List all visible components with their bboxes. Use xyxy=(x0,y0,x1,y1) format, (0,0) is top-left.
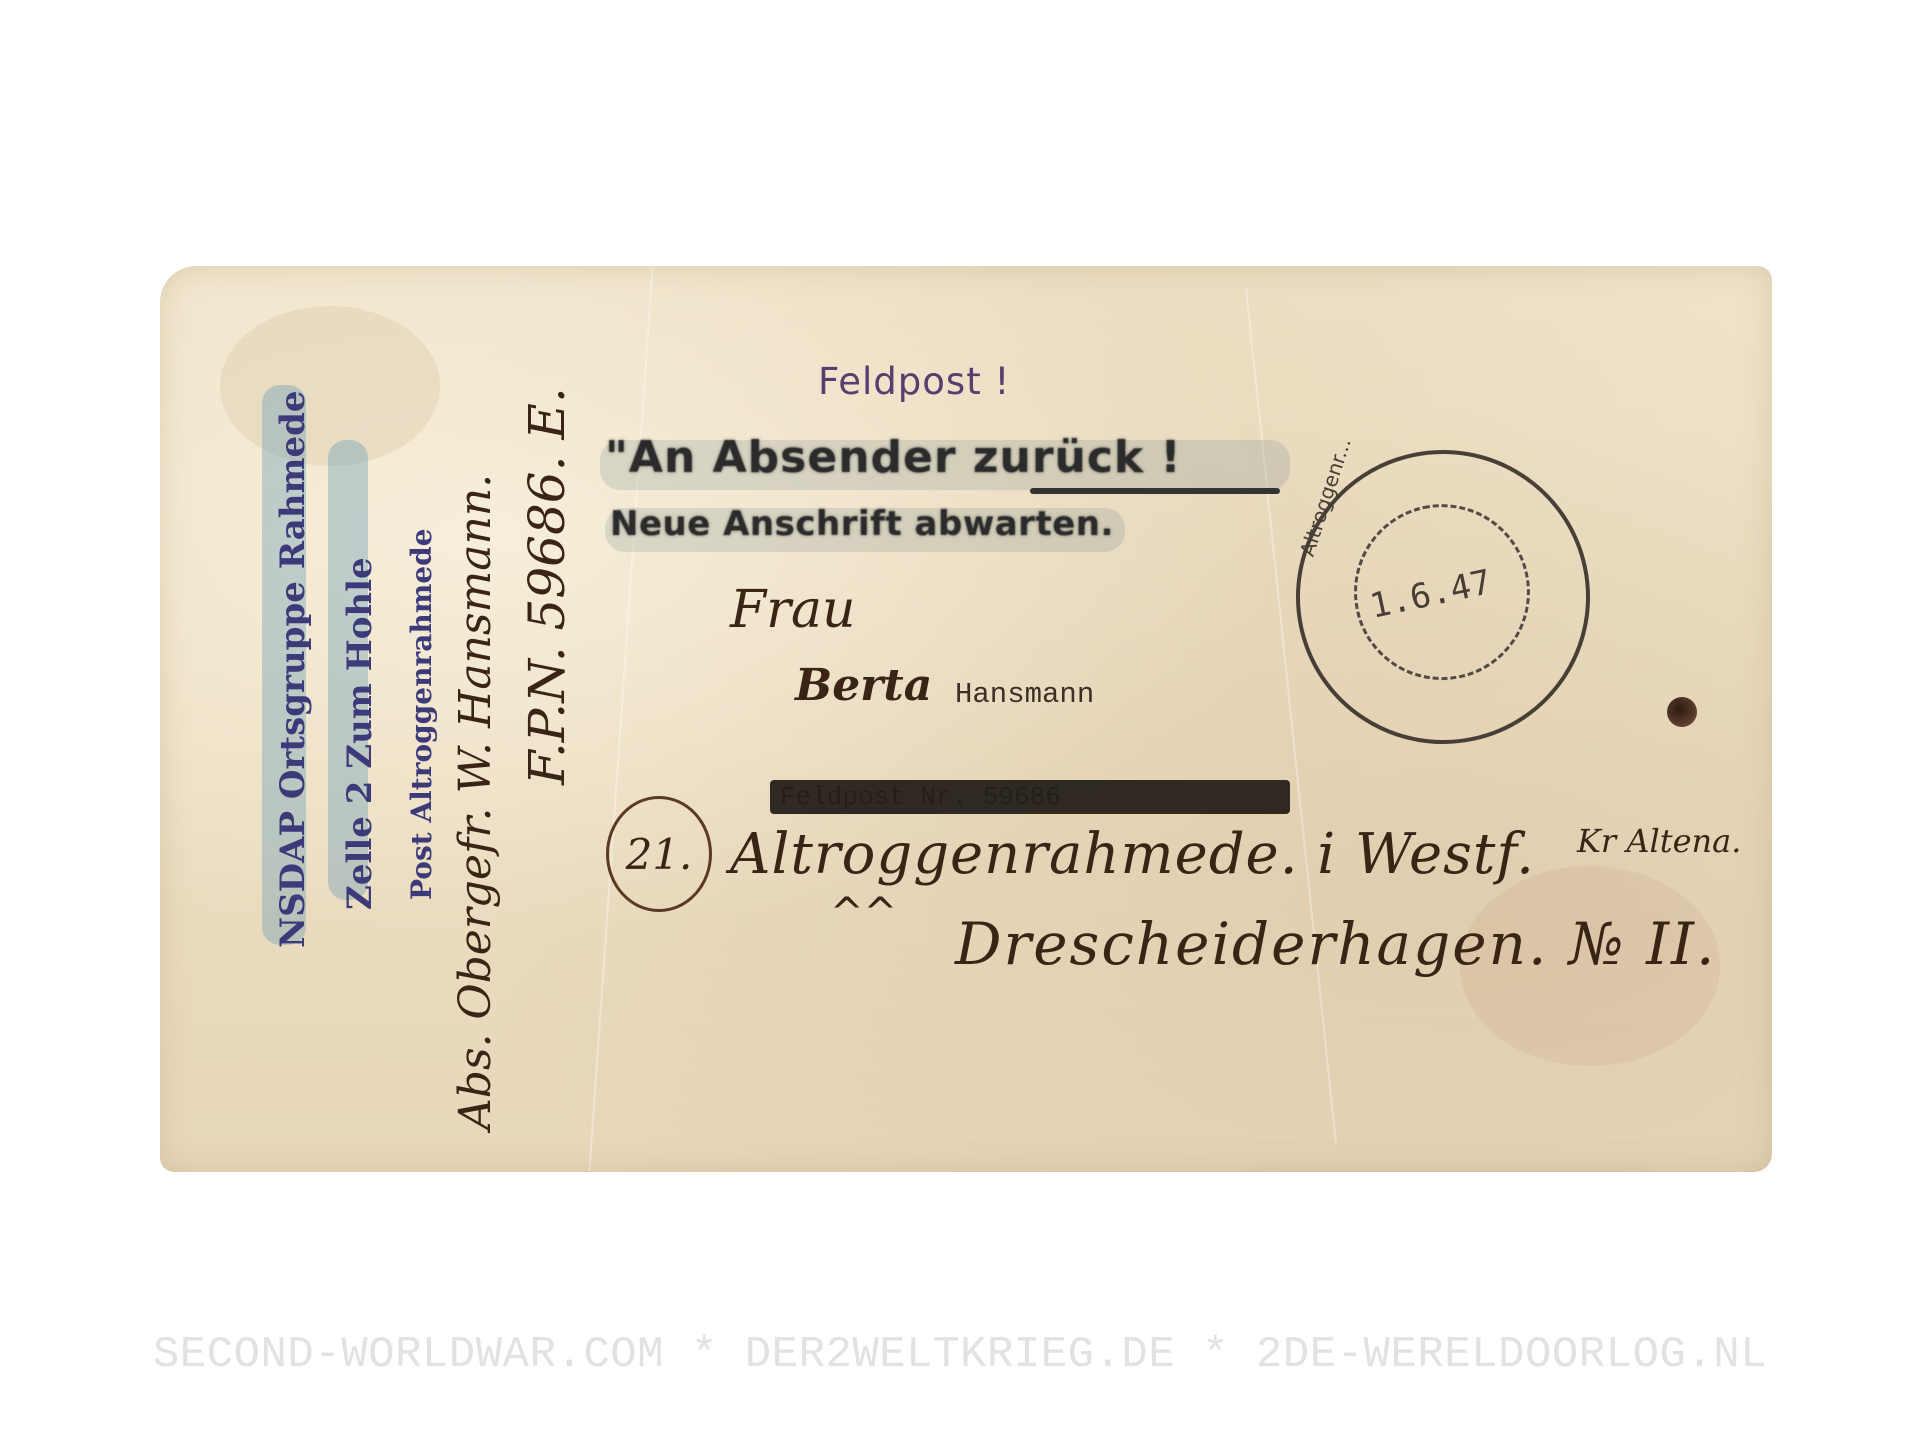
punch-hole xyxy=(1667,697,1697,727)
sender-handwritten-line-1: Abs. Obergefr. W. Hansmann. xyxy=(450,474,501,1130)
ink-strikethrough xyxy=(770,780,1290,814)
sender-stamp-line-2: Zelle 2 Zum Hohle xyxy=(340,557,380,910)
address-line-2: Drescheiderhagen. № II. xyxy=(955,910,1716,978)
circled-number-text: 21. xyxy=(626,830,693,879)
recipient-last-name: Hansmann xyxy=(955,678,1094,711)
watermark: SECOND-WORLDWAR.COM * DER2WELTKRIEG.DE *… xyxy=(0,1330,1920,1380)
feldpost-stamp: Feldpost ! xyxy=(818,360,1010,403)
stamp-underline xyxy=(1030,488,1280,494)
sender-handwritten-line-2: F.P.N. 59686. E. xyxy=(518,387,576,785)
address-line-1: Altroggenrahmede. i Westf. xyxy=(730,822,1535,887)
paper-crease xyxy=(588,267,653,1171)
sender-stamp-line-3: Post Altroggenrahmede xyxy=(405,528,438,900)
recipient-salutation: Frau xyxy=(730,580,855,640)
paper-stain xyxy=(220,306,440,466)
sender-stamp-line-1: NSDAP Ortsgruppe Rahmede xyxy=(273,391,313,949)
paper-crease xyxy=(1245,288,1337,1143)
return-to-sender-stamp: "An Absender zurück ! xyxy=(605,432,1182,483)
address-district: Kr Altena. xyxy=(1577,822,1741,860)
recipient-first-name: Berta xyxy=(795,660,932,711)
ditto-marks: ^^ xyxy=(830,890,897,936)
circled-number: 21. xyxy=(606,796,712,912)
await-new-address-stamp: Neue Anschrift abwarten. xyxy=(610,504,1114,544)
